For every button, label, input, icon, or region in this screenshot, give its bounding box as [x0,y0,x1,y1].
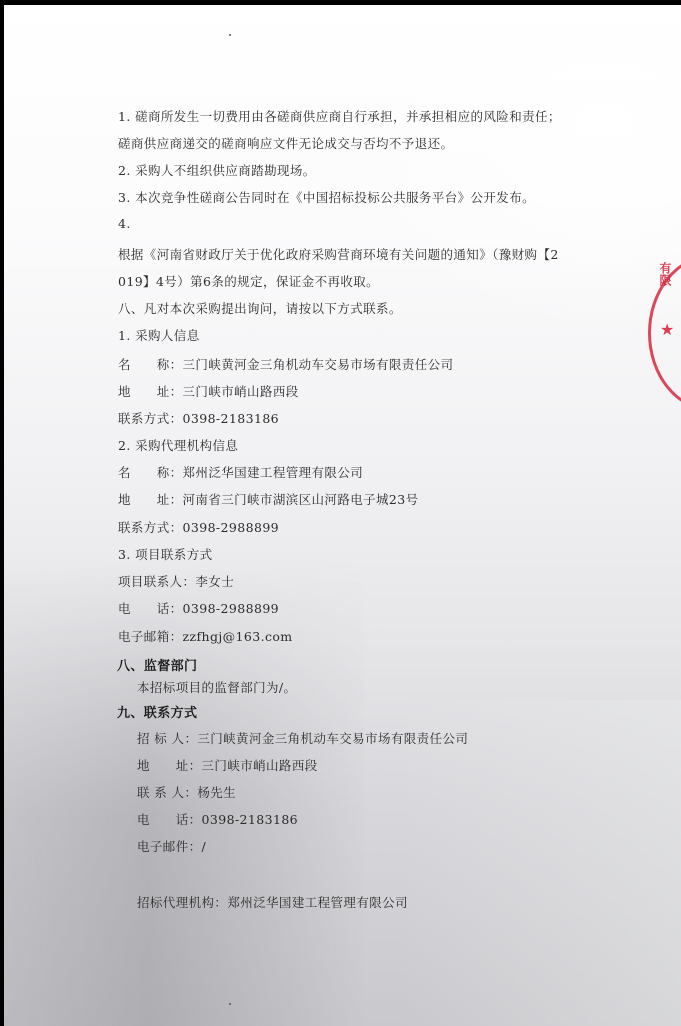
page-highlight [400,700,681,1026]
project-email-label: 电子邮箱： [118,629,183,644]
purchaser-contact: 0398-2183186 [183,411,280,426]
tenderer-address-row: 地 址：三门峡市峭山路西段 [137,756,318,774]
tender-agency-row: 招标代理机构：郑州泛华国建工程管理有限公司 [137,893,408,911]
agency-contact-label: 联系方式： [118,520,183,535]
paper-speck [229,1003,231,1005]
paper-speck [229,34,231,36]
project-phone: 0398-2988899 [183,601,280,616]
project-person: 李女士 [195,574,234,589]
project-email-row: 电子邮箱：zzfhgj@163.com [118,627,293,645]
tenderer-person: 杨先生 [197,785,236,800]
term-line-4: 4. [118,216,131,231]
purchaser-name-label: 名 称： [118,357,183,372]
project-phone-label: 电 话： [118,601,183,616]
purchaser-contact-label: 联系方式： [118,411,183,426]
agency-contact-row: 联系方式：0398-2988899 [118,518,279,536]
tenderer-row: 招 标 人：三门峡黄河金三角机动车交易市场有限责任公司 [137,729,468,747]
seal-text: 有限 [657,262,674,286]
agency-info-heading: 2. 采购代理机构信息 [118,436,238,454]
term-line-1: 1. 磋商所发生一切费用由各磋商供应商自行承担，并承担相应的风险和责任； [118,107,561,125]
agency-name-row: 名 称：郑州泛华国建工程管理有限公司 [118,463,363,481]
supervision-heading: 八、监督部门 [117,655,197,674]
project-phone-row: 电 话：0398-2988899 [118,599,279,617]
tenderer-address: 三门峡市峭山路西段 [202,758,318,773]
tender-agency-name: 郑州泛华国建工程管理有限公司 [227,895,408,910]
contact-section-heading: 九、联系方式 [117,702,197,721]
tenderer-email-label: 电子邮件： [137,839,202,854]
purchaser-address-label: 地 址： [118,384,183,399]
agency-name: 郑州泛华国建工程管理有限公司 [183,465,364,480]
term-line-3: 3. 本次竞争性磋商公告同时在《中国招标投标公共服务平台》公开发布。 [118,188,535,206]
purchaser-address-row: 地 址：三门峡市峭山路西段 [118,382,299,400]
term-line-2: 2. 采购人不组织供应商踏勘现场。 [118,161,316,179]
purchaser-name: 三门峡黄河金三角机动车交易市场有限责任公司 [183,357,454,372]
inquiry-heading: 八、凡对本次采购提出询问，请按以下方式联系。 [118,299,402,317]
tender-agency-label: 招标代理机构： [137,895,227,910]
tenderer-phone: 0398-2183186 [202,812,299,827]
project-person-label: 项目联系人： [118,574,195,589]
supervision-text: 本招标项目的监督部门为/。 [137,678,296,696]
tenderer-address-label: 地 址： [137,758,202,773]
tenderer-phone-row: 电 话：0398-2183186 [137,810,298,828]
deposit-notice-cont: 019】4号）第6条的规定，保证金不再收取。 [118,272,379,290]
project-email: zzfhgj@163.com [183,629,293,644]
agency-address-label: 地 址： [118,492,183,507]
purchaser-address: 三门峡市峭山路西段 [183,384,299,399]
agency-name-label: 名 称： [118,465,183,480]
tenderer-email: / [202,839,207,854]
purchaser-info-heading: 1. 采购人信息 [118,326,200,344]
tenderer-email-row: 电子邮件：/ [137,837,206,855]
project-person-row: 项目联系人：李女士 [118,572,234,590]
project-contact-heading: 3. 项目联系方式 [118,545,213,563]
term-line-1-cont: 磋商供应商递交的磋商响应文件无论成交与否均不予退还。 [118,134,453,152]
agency-address-row: 地 址：河南省三门峡市湖滨区山河路电子城23号 [118,490,419,508]
agency-contact: 0398-2988899 [183,520,280,535]
deposit-notice-line: 根据《河南省财政厅关于优化政府采购营商环境有关问题的通知》（豫财购【2 [118,245,559,263]
tenderer-person-row: 联 系 人：杨先生 [137,783,236,801]
tenderer-name: 三门峡黄河金三角机动车交易市场有限责任公司 [197,731,468,746]
tenderer-label: 招 标 人： [137,731,197,746]
agency-address: 河南省三门峡市湖滨区山河路电子城23号 [183,492,419,507]
tenderer-phone-label: 电 话： [137,812,202,827]
seal-star-icon: ★ [660,320,674,339]
purchaser-name-row: 名 称：三门峡黄河金三角机动车交易市场有限责任公司 [118,355,453,373]
tenderer-person-label: 联 系 人： [137,785,197,800]
purchaser-contact-row: 联系方式：0398-2183186 [118,409,279,427]
